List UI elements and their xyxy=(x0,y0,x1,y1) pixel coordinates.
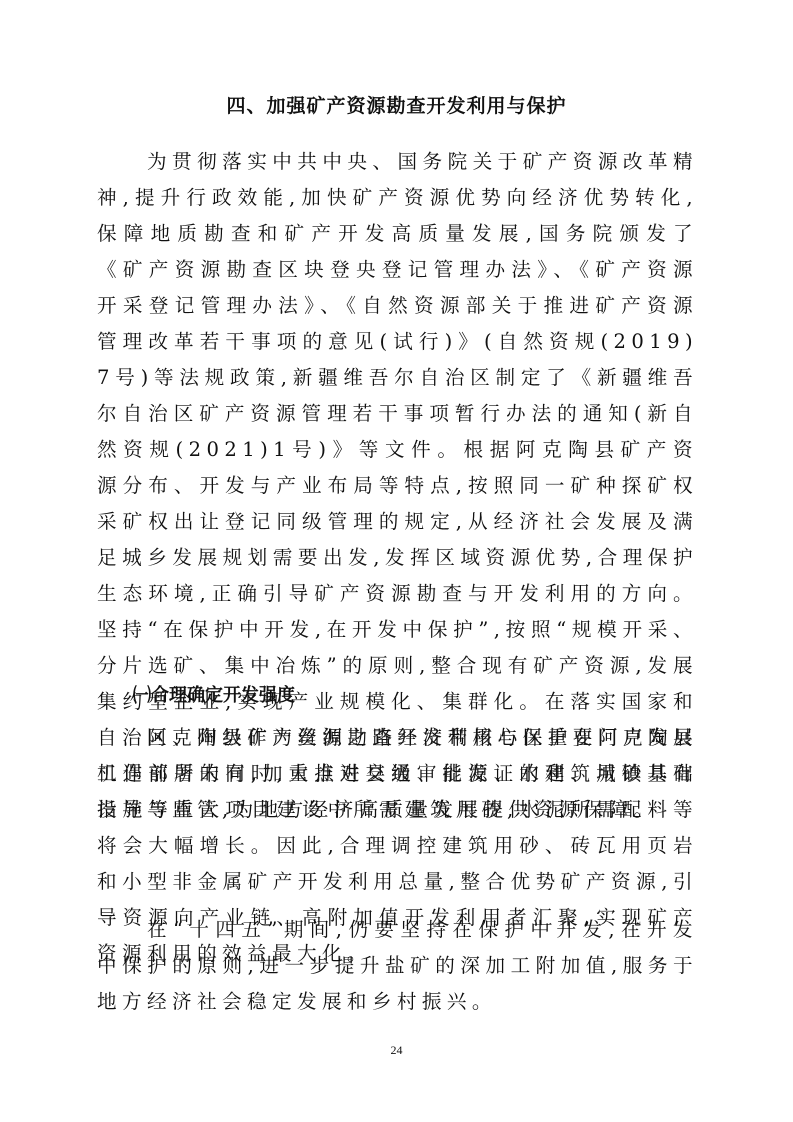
section-title: 四、加强矿产资源勘查开发利用与保护 xyxy=(0,92,793,120)
document-page: 四、加强矿产资源勘查开发利用与保护 为贯彻落实中共中央、国务院关于矿产资源改革精… xyxy=(0,0,793,1122)
subsection-paragraph-2: 在“十四五”期间,仍要坚持在保护中开发,在开发中保护的原则,进一步提升盐矿的深加… xyxy=(97,912,698,1020)
subsection-heading: ㈠合理确定开发强度 xyxy=(133,682,295,710)
page-number: 24 xyxy=(0,1042,793,1058)
